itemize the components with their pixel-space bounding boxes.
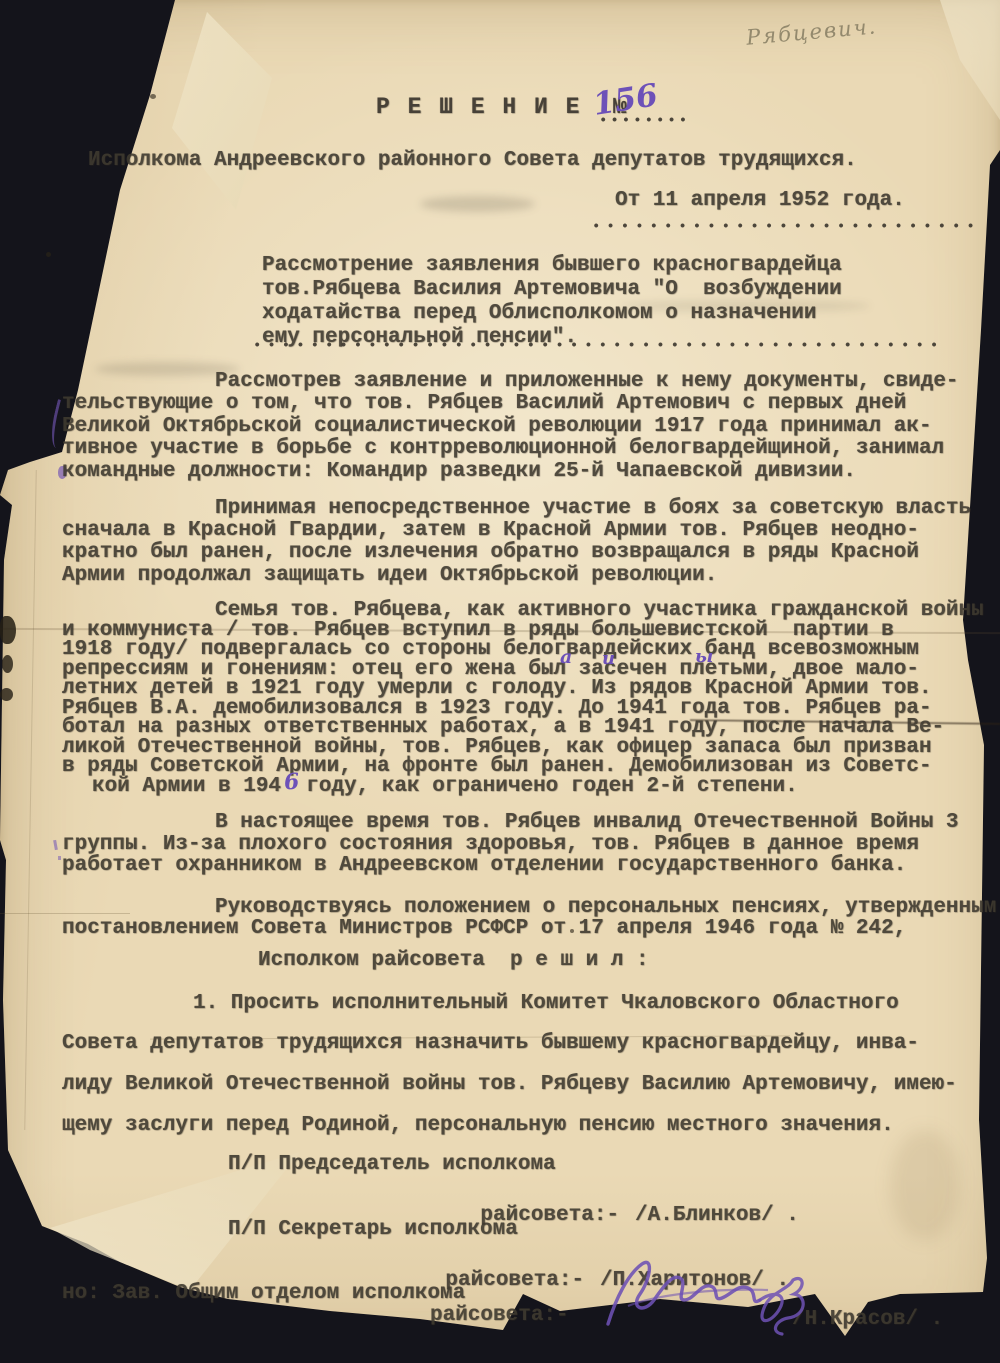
resolution-line: щему заслуги перед Родиной, персональную… <box>62 1115 894 1137</box>
body-line: Принимая непосредственное участие в боях… <box>215 498 971 520</box>
signature-role: П/П Секретарь исполкома <box>228 1219 518 1241</box>
resolution-heading: Исполком райсовета р е ш и л : <box>258 950 649 972</box>
body-line: группы. Из-за плохого состояния здоровья… <box>62 834 919 856</box>
date-line: От 11 апреля 1952 года. <box>615 190 905 212</box>
body-line: работает охранником в Андреевском отделе… <box>62 855 906 877</box>
document-scan: Рябцевич. Р Е Ш Е Н И Е № •••••••• 156 И… <box>0 0 1000 1363</box>
resolution-line: лиду Великой Отечественной войны тов. Ря… <box>62 1074 957 1096</box>
correction-mark: и <box>602 648 615 669</box>
correction-mark: ы <box>695 646 713 667</box>
resolution-line: Совета депутатов трудящихся назначить бы… <box>62 1033 919 1055</box>
body-line: В настоящее время тов. Рябцев инвалид От… <box>215 812 959 834</box>
resolution-line: 1. Просить исполнительный Комитет Чкалов… <box>193 993 899 1015</box>
body-line: Руководствуясь положением о персональных… <box>215 897 996 919</box>
body-line: Великой Октябрьской социалистической рев… <box>62 416 932 438</box>
correction-digit: 6 <box>283 768 300 795</box>
body-line: кой Армии в 194 году, как ограничено год… <box>92 776 798 798</box>
subject-line: ходатайства перед Облисполкомом о назнач… <box>262 303 817 325</box>
signature-role: но: Зав. Общим отделом исполкома <box>62 1283 465 1305</box>
body-line: Рассмотрев заявление и приложенные к нем… <box>215 371 959 393</box>
date-dotted-separator: ••••••••••••••••••••••••••• <box>592 219 981 235</box>
signature-role-2: райсовета:- <box>430 1305 569 1327</box>
issuer-line: Исполкома Андреевского районного Совета … <box>88 150 857 172</box>
body-line: кратно был ранен, после излечения обратн… <box>62 542 919 564</box>
subject-dotted-separator: ••••••••••••••••••••••••••••••••••••••••… <box>253 338 944 354</box>
body-line: сначала в Красной Гвардии, затем в Красн… <box>62 520 919 542</box>
signature-name: /Н.Красов/ . <box>792 1309 943 1331</box>
body-line: тивное участие в борьбе с контрреволюцио… <box>62 438 944 460</box>
body-line: Армии продолжал защищать идеи Октябрьско… <box>62 565 717 587</box>
document-title: Р Е Ш Е Н И Е № <box>376 96 629 118</box>
signature-name: /А.Блинков/ . <box>635 1204 799 1227</box>
subject-line: Рассмотрение заявления бывшего красногва… <box>262 255 842 277</box>
body-line: постановлением Совета Министров РСФСР от… <box>62 918 906 940</box>
body-line: командные должности: Командир разведки 2… <box>62 461 856 483</box>
body-line: тельствующие о том, что тов. Рябцев Васи… <box>62 393 906 415</box>
ink-signature <box>598 1236 813 1341</box>
signature-role: П/П Председатель исполкома <box>228 1154 556 1176</box>
signature-role-2: райсовета:- <box>445 1269 584 1292</box>
correction-mark: а <box>560 646 572 668</box>
subject-line: тов.Рябцева Василия Артемовича "О возбуж… <box>262 279 842 301</box>
ink-speck <box>46 252 51 257</box>
